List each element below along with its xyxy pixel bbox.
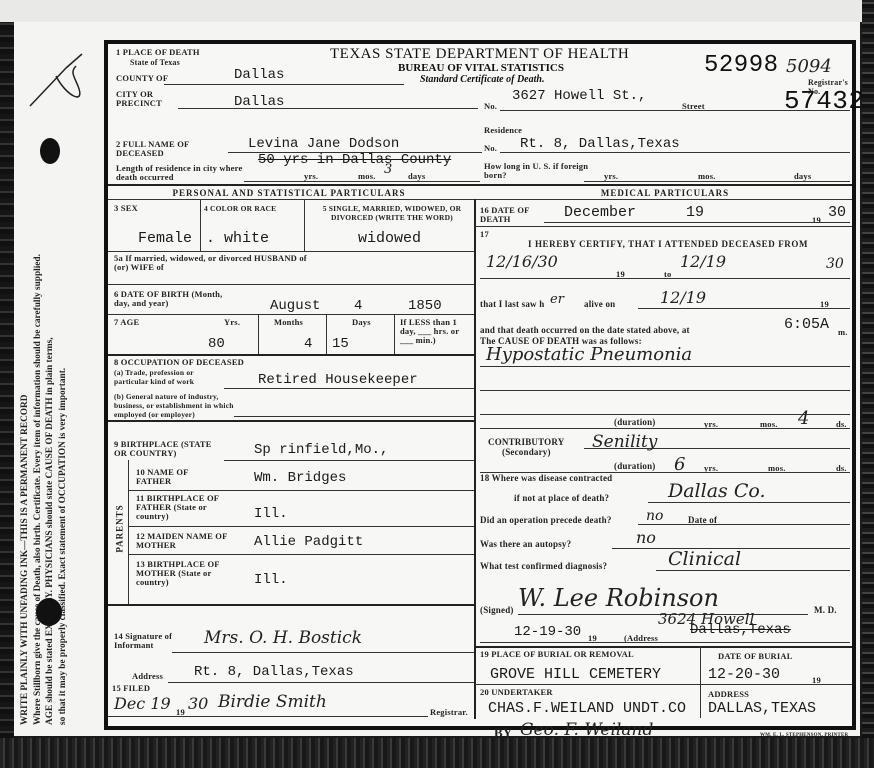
county-label: COUNTY OF [116, 74, 168, 83]
residence-label: Residence [484, 126, 522, 135]
place-of-death-label: 1 PLACE OF DEATH [116, 48, 200, 57]
days-label: days [408, 172, 425, 181]
attended-to: 12/19 [680, 252, 726, 271]
filed-date: Dec 19 [114, 694, 171, 713]
marital-label: 5 SINGLE, MARRIED, WIDOWED, OR DIVORCED … [314, 204, 470, 222]
us-residence-label: How long in U. S. if foreign born? [484, 162, 594, 180]
father-birthplace-value: Ill. [254, 506, 288, 522]
autopsy-value: no [636, 528, 656, 547]
father-value: Wm. Bridges [254, 470, 346, 486]
informant-label: 14 Signature of Informant [114, 632, 194, 650]
ink-blot-top [40, 138, 60, 164]
death-occurred-text: and that death occurred on the date stat… [480, 326, 690, 335]
us-mos-label: mos. [698, 172, 716, 181]
scan-left-edge [0, 22, 14, 738]
death-year-prefix: 19 [812, 216, 821, 225]
sex-value: Female [138, 230, 192, 247]
burial-date: 12-20-30 [708, 666, 780, 683]
registrar-number: 57432 [784, 86, 865, 116]
contributory-label: CONTRIBUTORY [488, 438, 564, 447]
filed-year: 30 [188, 694, 208, 713]
death-time: 6:05A [784, 316, 829, 333]
certify-text: I HEREBY CERTIFY, That I attended deceas… [528, 240, 808, 249]
occupation-a-label: (a) Trade, profession or particular kind… [114, 368, 224, 386]
undertaker-label: 20 UNDERTAKER [480, 688, 553, 697]
age-days-value: 15 [332, 336, 349, 352]
place-no-label: No. [484, 102, 497, 111]
margin-line-1: WRITE PLAINLY WITH UNFADING INK—THIS IS … [19, 45, 32, 725]
death-year: 30 [828, 204, 846, 221]
md-label: M. D. [814, 606, 837, 615]
yrs-label: yrs. [304, 172, 318, 181]
parents-label: PARENTS [116, 489, 125, 569]
undertaker-signature: Geo. F. Weiland [520, 720, 653, 740]
dob-day: 4 [354, 298, 362, 314]
spouse-label: 5a If married, widowed, or divorced HUSB… [114, 254, 314, 272]
test-value: Clinical [668, 548, 741, 570]
father-birthplace-label: 11 BIRTHPLACE OF FATHER (State or countr… [136, 494, 236, 521]
duration-months: 4 [798, 408, 809, 429]
last-saw-pronoun: er [550, 292, 564, 307]
attended-year: 30 [826, 256, 844, 272]
city-label: CITY OR PRECINCT [116, 90, 176, 108]
residence-value: Rt. 8, Dallas,Texas [520, 136, 680, 152]
deceased-name: Levina Jane Dodson [248, 136, 399, 152]
physician-sign-date: 12-19-30 [514, 624, 581, 640]
scan-bottom-edge [0, 738, 874, 768]
bureau-name: BUREAU OF VITAL STATISTICS [398, 62, 564, 74]
registrar-title: Registrar. [430, 708, 468, 717]
form-name: Standard Certificate of Death. [420, 74, 544, 85]
age-days-label: Days [352, 318, 371, 327]
filed-label: 15 FILED [112, 684, 150, 693]
certify-number: 17 [480, 230, 489, 239]
birthplace-value: Sp rinfield,Mo., [254, 442, 388, 458]
occupation-value: Retired Housekeeper [258, 372, 418, 388]
medical-section-title: MEDICAL PARTICULARS [478, 188, 852, 198]
alive-on-label: alive on [584, 300, 615, 309]
birthplace-label: 9 BIRTHPLACE (State or country) [114, 440, 224, 458]
undertaker-name: CHAS.F.WEILAND UNDT.CO [488, 700, 686, 717]
ink-blot-bottom [36, 598, 62, 626]
undertaker-address-label: ADDRESS [708, 690, 749, 699]
form-title: TEXAS STATE DEPARTMENT OF HEALTH [330, 46, 629, 63]
autopsy-label: Was there an autopsy? [480, 540, 571, 549]
age-less-label: If LESS than 1 day, ___ hrs. or ___ min.… [400, 318, 472, 345]
scan-top-margin [0, 0, 874, 22]
death-month: December [564, 204, 636, 221]
contributory-cause: Senility [592, 432, 657, 452]
file-number: 52998 [704, 52, 779, 79]
operation-label: Did an operation precede death? [480, 516, 612, 525]
death-date-label: 16 DATE OF DEATH [480, 206, 540, 224]
informant-signature: Mrs. O. H. Bostick [204, 628, 362, 648]
occupation-b-label: (b) General nature of industry, business… [114, 392, 234, 419]
mother-label: 12 MAIDEN NAME OF MOTHER [136, 532, 236, 550]
age-months-label: Months [274, 318, 303, 327]
physician-signature: W. Lee Robinson [518, 584, 719, 612]
burial-place: GROVE HILL CEMETERY [490, 666, 661, 683]
residence-length-label: Length of residence in city where death … [116, 164, 244, 182]
race-label: 4 COLOR OR RACE [204, 204, 276, 213]
mother-value: Allie Padgitt [254, 534, 363, 550]
residence-months: 3 [384, 162, 392, 177]
dob-year: 1850 [408, 298, 442, 314]
secondary-label: (Secondary) [502, 448, 551, 457]
state-label: State of Texas [130, 58, 180, 67]
age-label: 7 AGE [114, 318, 139, 327]
not-at-place-label: if not at place of death? [514, 494, 609, 503]
contrib-duration-label: (duration) [614, 462, 656, 471]
father-label: 10 NAME OF FATHER [136, 468, 216, 486]
residence-length-strikeout: 50 yrs in Dallas County [258, 152, 451, 168]
residence-no-label: No. [484, 144, 497, 153]
burial-date-label: DATE OF BURIAL [718, 652, 793, 661]
signed-label: (Signed) [480, 606, 514, 615]
age-yrs-label: Yrs. [224, 318, 240, 327]
test-label: What test confirmed diagnosis? [480, 562, 607, 571]
file-number-annotation: 5094 [786, 56, 832, 77]
informant-address: Rt. 8, Dallas,Texas [194, 664, 354, 680]
personal-section-title: PERSONAL AND STATISTICAL PARTICULARS [108, 188, 470, 198]
age-yrs-value: 80 [208, 336, 225, 352]
full-name-label: 2 FULL NAME OF DECEASED [116, 140, 204, 158]
age-months-value: 4 [304, 336, 312, 352]
operation-value: no [646, 508, 663, 524]
informant-address-label: Address [132, 672, 163, 681]
by-label: BY [494, 728, 512, 737]
burial-place-label: 19 PLACE OF BURIAL OR REMOVAL [480, 650, 640, 659]
contracted-place: Dallas Co. [668, 480, 766, 502]
mother-birthplace-label: 13 BIRTHPLACE OF MOTHER (State or countr… [136, 560, 236, 587]
occupation-label: 8 OCCUPATION OF DECEASED [114, 358, 244, 367]
race-value: . white [206, 230, 269, 247]
death-address: 3627 Howell St., [512, 88, 646, 104]
sex-label: 3 SEX [114, 204, 138, 213]
last-saw-date: 12/19 [660, 288, 706, 307]
county-value: Dallas [234, 67, 284, 83]
last-saw-label: that I last saw h [480, 300, 544, 309]
cause-of-death: Hypostatic Pneumonia [486, 344, 692, 365]
duration-label: (duration) [614, 418, 656, 427]
dob-month: August [270, 298, 320, 314]
us-yrs-label: yrs. [604, 172, 618, 181]
dob-label: 6 DATE OF BIRTH (Month, day, and year) [114, 290, 224, 308]
attended-from: 12/16/30 [486, 252, 558, 271]
contracted-label: 18 Where was disease contracted [480, 474, 612, 483]
registrar-signature: Birdie Smith [218, 692, 327, 712]
printer-mark: WM. E. L. STEPHENSON, PRINTER [760, 731, 848, 740]
time-suffix: m. [838, 328, 848, 337]
death-certificate-form: 1 PLACE OF DEATH State of Texas TEXAS ST… [104, 40, 856, 730]
undertaker-address: DALLAS,TEXAS [708, 700, 816, 717]
physician-address: Dallas,Texas [690, 622, 791, 638]
pen-scribble-icon [26, 46, 86, 116]
mother-birthplace-value: Ill. [254, 572, 288, 588]
death-day: 19 [686, 204, 704, 221]
us-days-label: days [794, 172, 811, 181]
marital-value: widowed [358, 230, 421, 247]
mos-label: mos. [358, 172, 376, 181]
